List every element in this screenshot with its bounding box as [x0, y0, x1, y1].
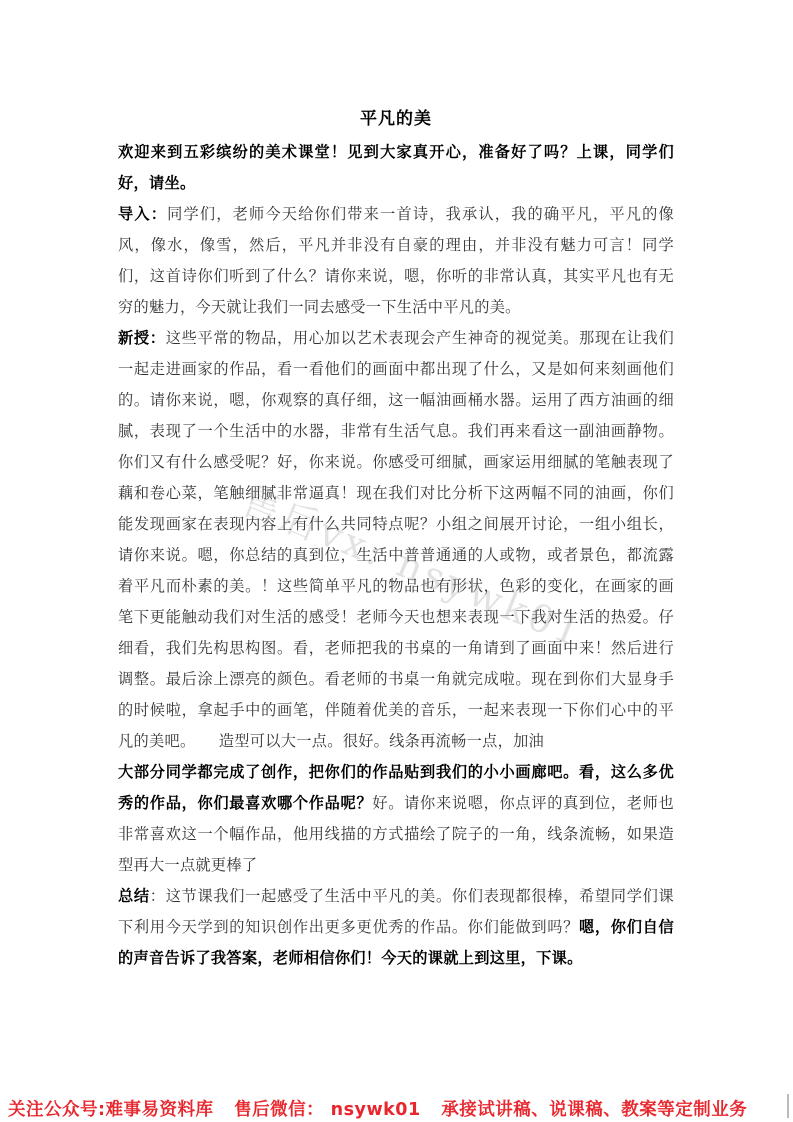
document-page: 平凡的美 欢迎来到五彩缤纷的美术课堂！见到大家真开心，准备好了吗？上课，同学们好…: [118, 100, 674, 974]
paragraph-greeting: 欢迎来到五彩缤纷的美术课堂！见到大家真开心，准备好了吗？上课，同学们好，请坐。: [118, 137, 674, 199]
footer-wechat-account: 关注公众号:难事易资料库: [8, 1100, 214, 1120]
greeting-bold: 欢迎来到五彩缤纷的美术课堂！见到大家真开心，准备好了吗？上课，同学们好，请坐。: [118, 143, 674, 192]
introduction-text: 同学们，老师今天给你们带来一首诗，我承认，我的确平凡，平凡的像风，像水，像雪，然…: [118, 205, 674, 316]
paragraph-introduction: 导入：同学们，老师今天给你们带来一首诗，我承认，我的确平凡，平凡的像风，像水，像…: [118, 199, 674, 323]
section-label-introduction: 导入：: [118, 205, 167, 223]
paragraph-new-lesson: 新授：这些平常的物品，用心加以艺术表现会产生神奇的视觉美。那现在让我们一起走进画…: [118, 323, 674, 757]
section-label-summary: 总结: [118, 887, 150, 905]
footer-services: 承接试讲稿、说课稿、教案等定制业务: [441, 1100, 747, 1120]
new-lesson-text: 这些平常的物品，用心加以艺术表现会产生神奇的视觉美。那现在让我们一起走进画家的作…: [118, 329, 674, 750]
paragraph-summary: 总结：这节课我们一起感受了生活中平凡的美。你们表现都很棒，希望同学们课下利用今天…: [118, 881, 674, 974]
section-label-new-lesson: 新授：: [118, 329, 166, 347]
footer-banner: 关注公众号:难事易资料库 售后微信： nsywk01 承接试讲稿、说课稿、教案等…: [8, 1096, 761, 1121]
footer-divider: [787, 1094, 789, 1118]
paragraph-gallery: 大部分同学都完成了创作，把你们的作品贴到我们的小小画廊吧。看，这么多优秀的作品，…: [118, 757, 674, 881]
footer-after-sales: 售后微信： nsywk01: [234, 1100, 421, 1120]
document-title: 平凡的美: [118, 104, 674, 129]
